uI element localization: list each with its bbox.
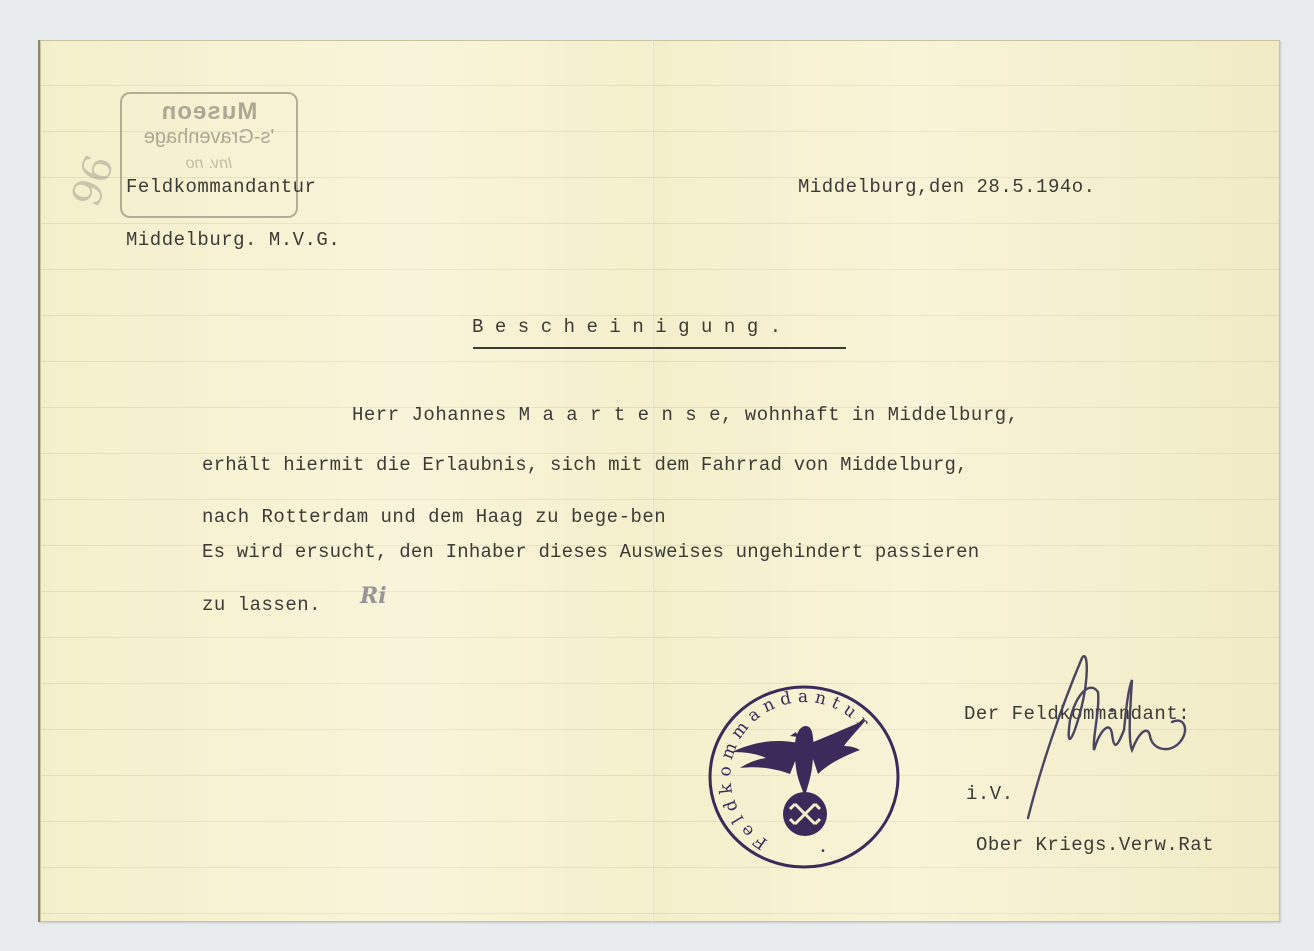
official-seal-icon: Feldkommandantur • <box>706 682 902 872</box>
museum-stamp-name: Museon <box>122 98 296 126</box>
holder-surname: M a a r t e n s e <box>519 404 721 426</box>
body-line-1: Herr Johannes M a a r t e n s e, wohnhaf… <box>352 404 1019 426</box>
body-line-4: Es wird ersucht, den Inhaber dieses Ausw… <box>202 541 979 563</box>
body-line-2: erhält hiermit die Erlaubnis, sich mit d… <box>202 454 968 476</box>
museum-stamp-inventory: Inv. no <box>122 155 296 173</box>
pencil-archive-mark: 96 <box>63 149 124 213</box>
signature-line-2: i.V. <box>966 783 1014 805</box>
signature-line-3: Ober Kriegs.Verw.Rat <box>976 834 1214 856</box>
body-line-1-suffix: , wohnhaft in Middelburg, <box>721 404 1019 426</box>
body-line-1-prefix: Herr Johannes <box>352 404 519 426</box>
svg-text:•: • <box>820 847 826 858</box>
document-paper: 96 Museon 's-Gravenhage Inv. no Feldkomm… <box>38 40 1280 922</box>
place-and-date: Middelburg,den 28.5.194o. <box>798 176 1096 198</box>
title-underline <box>473 347 846 349</box>
document-title: Bescheinigung. <box>472 316 793 338</box>
body-line-5: zu lassen. <box>202 594 321 616</box>
handwritten-initials: Ri <box>360 583 387 609</box>
handwritten-signature <box>1020 650 1210 820</box>
issuer-line-2: Middelburg. M.V.G. <box>126 229 340 251</box>
museum-stamp-city: 's-Gravenhage <box>122 126 296 149</box>
museum-stamp: Museon 's-Gravenhage Inv. no <box>120 92 298 218</box>
issuer-line-1: Feldkommandantur <box>126 176 316 198</box>
paper-fold <box>652 40 654 922</box>
body-line-3: nach Rotterdam und dem Haag zu bege-ben <box>202 506 666 528</box>
